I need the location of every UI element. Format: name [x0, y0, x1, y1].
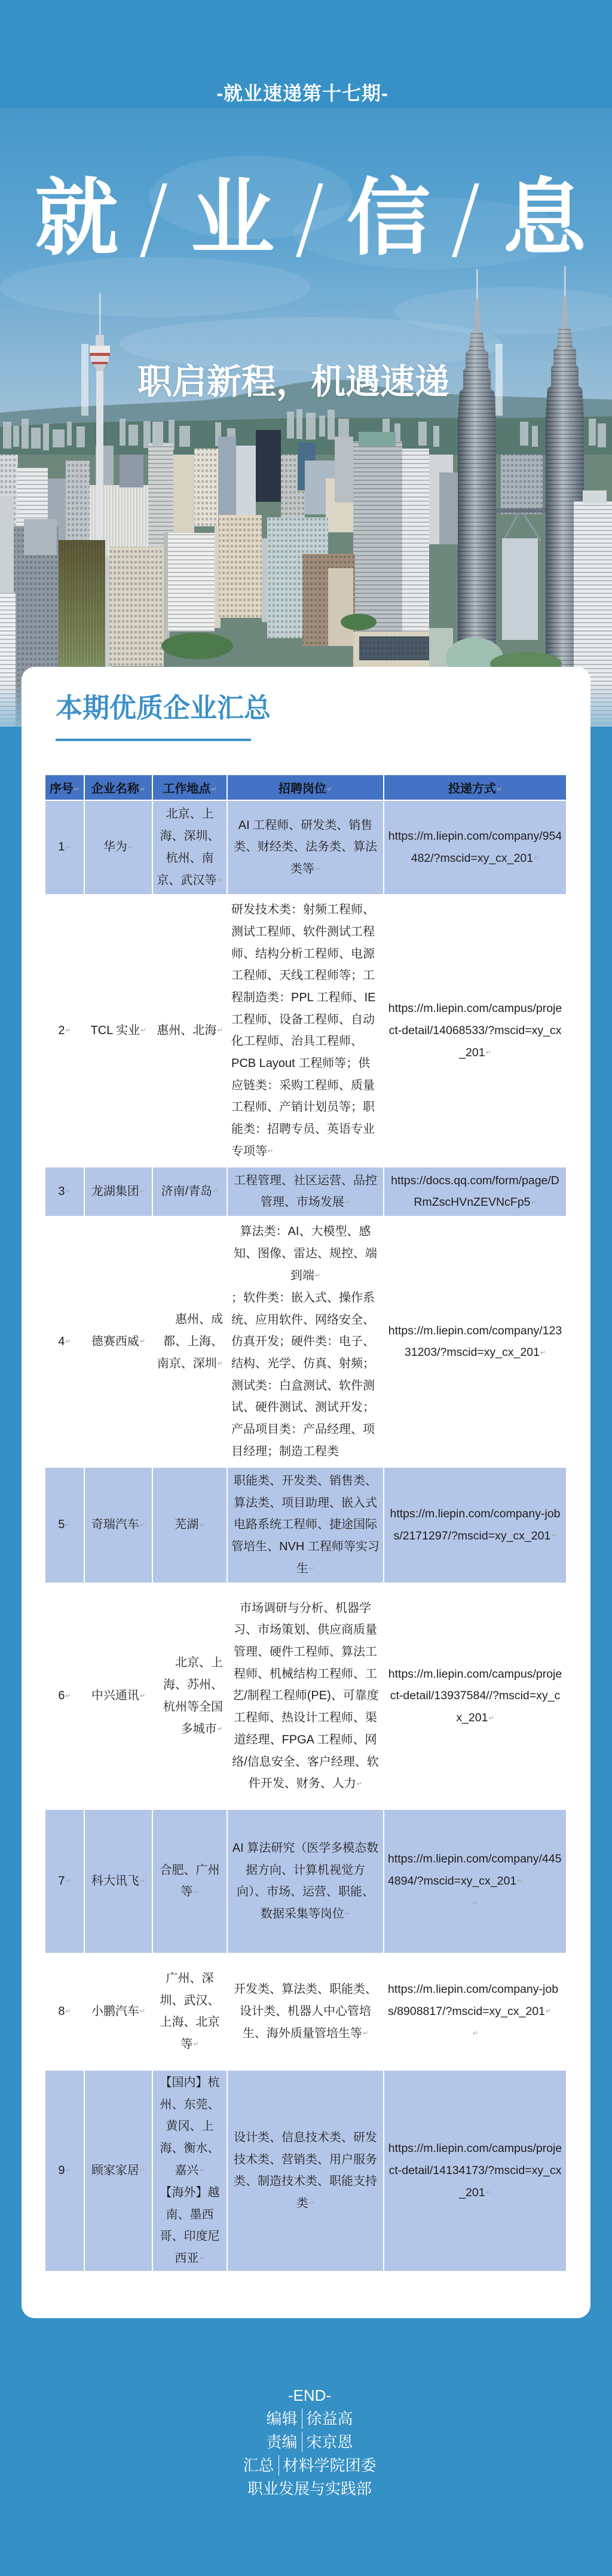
table-row: 6 中兴通讯 北京、上海、苏州、杭州等全国多城市 市场调研与分析、机器学习、市场…	[45, 1583, 567, 1809]
cell-location: 北京、上海、苏州、杭州等全国多城市	[152, 1583, 227, 1809]
footer-credits: -END- 编辑徐益高 责编宋京恩 汇总材料学院团委 职业发展与实践部	[7, 2384, 612, 2501]
column-header-positions: 招聘岗位	[227, 775, 384, 800]
cell-positions: 算法类：AI、大模型、感知、图像、雷达、规控、端到端 ；软件类：嵌入式、操作系统…	[227, 1217, 384, 1467]
cell-location: 惠州、北海	[152, 895, 227, 1167]
cell-index: 1	[45, 800, 84, 895]
column-header-location: 工作地点	[152, 775, 227, 800]
hero-title: 就 / 业 / 信 / 息	[35, 176, 585, 261]
cell-company: 奇瑞汽车	[84, 1467, 152, 1583]
cell-location: 【国内】杭州、东莞、黄冈、上海、衡水、嘉兴 【海外】越南、墨西哥、印度尼西亚	[152, 2070, 227, 2272]
cell-index: 4	[45, 1217, 84, 1467]
cell-apply-url: https://m.liepin.com/company-jobs/217129…	[384, 1467, 567, 1583]
credit-separator	[302, 2409, 302, 2429]
cell-apply-url: https://m.liepin.com/company-jobs/890881…	[384, 1953, 567, 2070]
cell-apply-url: https://m.liepin.com/company/4454894/?ms…	[384, 1809, 567, 1953]
cell-location: 济南/青岛	[152, 1167, 227, 1217]
cell-location: 合肥、广州等	[152, 1809, 227, 1953]
table-row: 8 小鹏汽车 广州、深圳、武汉、上海、北京等 开发类、算法类、职能类、设计类、机…	[45, 1953, 567, 2070]
column-header-company: 企业名称	[84, 775, 152, 800]
cell-company: 科大讯飞	[84, 1809, 152, 1953]
table-row: 9 顾家家居 【国内】杭州、东莞、黄冈、上海、衡水、嘉兴 【海外】越南、墨西哥、…	[45, 2070, 567, 2272]
cell-location: 惠州、成都、上海、南京、深圳	[152, 1217, 227, 1467]
column-header-apply-method: 投递方式	[384, 775, 567, 800]
cell-index: 8	[45, 1953, 84, 2070]
credit-line-compiler: 汇总材料学院团委	[7, 2454, 612, 2477]
cell-index: 6	[45, 1583, 84, 1809]
cell-positions: AI 工程师、研发类、销售类、财经类、法务类、算法类等	[227, 800, 384, 895]
hero-subtitle: 职启新程，机遇速递	[137, 363, 449, 401]
cell-company: TCL 实业	[84, 895, 152, 1167]
cell-apply-url: https://m.liepin.com/company/12331203/?m…	[384, 1217, 567, 1467]
hero-title-separator: /	[429, 176, 503, 261]
cell-positions: 市场调研与分析、机器学习、市场策划、供应商质量管理、硬件工程师、算法工程师、机械…	[227, 1583, 384, 1809]
cell-positions: AI 算法研究（医学多模态数据方向、计算机视觉方向）、市场、运营、职能、数据采集…	[227, 1809, 384, 1953]
cell-location: 北京、上海、深圳、杭州、南京、武汉等	[152, 800, 227, 895]
credit-line-chief-editor: 责编宋京恩	[7, 2431, 612, 2454]
credit-role: 编辑	[266, 2410, 297, 2428]
end-marker: -END-	[7, 2384, 612, 2407]
cell-index: 9	[45, 2070, 84, 2272]
credit-name: 材料学院团委	[283, 2456, 377, 2474]
table-row: 3 龙湖集团 济南/青岛 工程管理、社区运营、品控管理、市场发展 https:/…	[45, 1167, 567, 1217]
table-header-row: 序号 企业名称 工作地点 招聘岗位 投递方式	[45, 775, 567, 800]
cell-company: 小鹏汽车	[84, 1953, 152, 2070]
credit-separator	[302, 2432, 302, 2452]
section-title: 本期优质企业汇总	[56, 693, 271, 723]
cell-company: 华为	[84, 800, 152, 895]
hero-title-separator: /	[273, 176, 347, 261]
hero-title-char: 信	[347, 176, 429, 261]
credit-role: 汇总	[243, 2456, 274, 2474]
cell-company: 德赛西威	[84, 1217, 152, 1467]
cell-company: 顾家家居	[84, 2070, 152, 2272]
table-row: 7 科大讯飞 合肥、广州等 AI 算法研究（医学多模态数据方向、计算机视觉方向）…	[45, 1809, 567, 1953]
table-row: 1 华为 北京、上海、深圳、杭州、南京、武汉等 AI 工程师、研发类、销售类、财…	[45, 800, 567, 895]
cell-positions: 开发类、算法类、职能类、设计类、机器人中心管培生、海外质量管培生等	[227, 1953, 384, 2070]
table-row: 4 德赛西威 惠州、成都、上海、南京、深圳 算法类：AI、大模型、感知、图像、雷…	[45, 1217, 567, 1467]
cell-index: 5	[45, 1467, 84, 1583]
cell-apply-url: https://m.liepin.com/company/954482/?msc…	[384, 800, 567, 895]
hero-title-char: 业	[191, 176, 273, 261]
company-table-wrapper: 序号 企业名称 工作地点 招聘岗位 投递方式 1 华为 北京、上海、深圳、杭州、…	[44, 774, 566, 2272]
cell-apply-url: https://m.liepin.com/campus/project-deta…	[384, 2070, 567, 2272]
cell-location: 广州、深圳、武汉、上海、北京等	[152, 1953, 227, 2070]
cell-apply-url: https://m.liepin.com/campus/project-deta…	[384, 895, 567, 1167]
issue-label: -就业速递第十七期-	[0, 82, 608, 105]
cell-company: 龙湖集团	[84, 1167, 152, 1217]
cell-company: 中兴通讯	[84, 1583, 152, 1809]
credit-role: 责编	[266, 2433, 297, 2451]
cell-index: 2	[45, 895, 84, 1167]
hero-title-char: 就	[35, 176, 117, 261]
table-row: 2 TCL 实业 惠州、北海 研发技术类：射频工程师、测试工程师、软件测试工程师…	[45, 895, 567, 1167]
section-title-underline	[56, 739, 251, 741]
cell-apply-url: https://docs.qq.com/form/page/DRmZscHVnZ…	[384, 1167, 567, 1217]
cell-apply-url: https://m.liepin.com/campus/project-deta…	[384, 1583, 567, 1809]
cell-location: 芜湖	[152, 1467, 227, 1583]
cell-positions: 设计类、信息技术类、研发技术类、营销类、用户服务类、制造技术类、职能支持类	[227, 2070, 384, 2272]
credit-separator	[279, 2455, 279, 2476]
credit-name: 宋京恩	[307, 2433, 353, 2451]
table-row: 5 奇瑞汽车 芜湖 职能类、开发类、销售类、算法类、项目助理、嵌入式电路系统工程…	[45, 1467, 567, 1583]
hero-title-char: 息	[503, 176, 585, 261]
credit-name: 徐益高	[307, 2410, 353, 2428]
footer-department: 职业发展与实践部	[7, 2477, 612, 2501]
cell-index: 7	[45, 1809, 84, 1953]
cell-index: 3	[45, 1167, 84, 1217]
cell-positions: 工程管理、社区运营、品控管理、市场发展	[227, 1167, 384, 1217]
company-table: 序号 企业名称 工作地点 招聘岗位 投递方式 1 华为 北京、上海、深圳、杭州、…	[44, 774, 567, 2272]
cell-positions: 职能类、开发类、销售类、算法类、项目助理、嵌入式电路系统工程师、捷途国际管培生、…	[227, 1467, 384, 1583]
subtitle-right-bracket-decoration	[495, 344, 503, 416]
content-card: 本期优质企业汇总 序号 企业名称 工作地点 招聘岗位 投递方式 1 华为 北京、…	[22, 667, 590, 2318]
cell-positions: 研发技术类：射频工程师、测试工程师、软件测试工程师、结构分析工程师、电源工程师、…	[227, 895, 384, 1167]
hero-title-separator: /	[117, 176, 191, 261]
credit-line-editor: 编辑徐益高	[7, 2407, 612, 2431]
column-header-index: 序号	[45, 775, 84, 800]
subtitle-left-bracket-decoration	[81, 344, 88, 416]
